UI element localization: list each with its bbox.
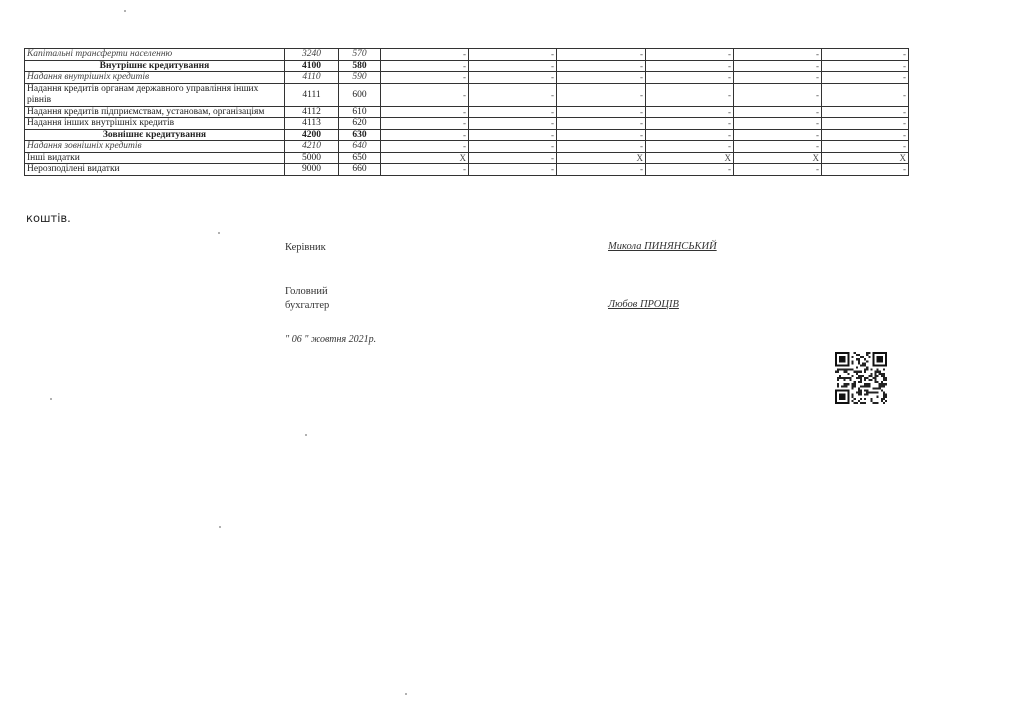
head-title: Керівник [285, 242, 326, 253]
table-row: Внутрішнє кредитування4100580------ [25, 60, 909, 72]
row-value: - [822, 129, 909, 141]
row-value: - [822, 106, 909, 118]
row-value: - [734, 72, 822, 84]
row-value: - [469, 118, 557, 130]
row-line-number: 640 [339, 141, 381, 153]
table-row: Капітальні трансферти населенню3240570--… [25, 49, 909, 61]
row-value: - [469, 106, 557, 118]
row-value: - [734, 118, 822, 130]
row-value: - [469, 72, 557, 84]
row-line-number: 610 [339, 106, 381, 118]
row-label: Надання кредитів підприємствам, установа… [25, 106, 285, 118]
row-value: - [646, 164, 734, 176]
row-value: - [822, 83, 909, 106]
row-code: 4110 [285, 72, 339, 84]
row-value: - [381, 72, 469, 84]
row-code: 5000 [285, 152, 339, 164]
row-value: - [381, 60, 469, 72]
row-value: - [469, 141, 557, 153]
row-line-number: 580 [339, 60, 381, 72]
row-code: 9000 [285, 164, 339, 176]
row-code: 4210 [285, 141, 339, 153]
row-value: - [646, 60, 734, 72]
row-value: X [734, 152, 822, 164]
row-value: - [469, 60, 557, 72]
row-value: - [469, 164, 557, 176]
table-row: Надання внутрішніх кредитів4110590------ [25, 72, 909, 84]
footnote-text: коштів. [26, 211, 71, 225]
row-value: - [822, 164, 909, 176]
qr-code-icon [835, 349, 887, 407]
row-label: Капітальні трансферти населенню [25, 49, 285, 61]
row-value: - [557, 129, 646, 141]
row-value: - [822, 49, 909, 61]
row-value: - [822, 118, 909, 130]
accountant-title-line1: Головний [285, 286, 328, 297]
row-label: Інші видатки [25, 152, 285, 164]
row-label: Зовнішнє кредитування [25, 129, 285, 141]
row-code: 4113 [285, 118, 339, 130]
row-value: - [646, 49, 734, 61]
table-row: Надання зовнішніх кредитів4210640------ [25, 141, 909, 153]
table-row: Нерозподілені видатки9000660------ [25, 164, 909, 176]
row-label: Надання зовнішніх кредитів [25, 141, 285, 153]
row-value: - [646, 141, 734, 153]
row-value: - [557, 118, 646, 130]
row-value: - [822, 72, 909, 84]
row-value: - [557, 164, 646, 176]
table-row: Надання кредитів органам державного упра… [25, 83, 909, 106]
row-value: - [557, 60, 646, 72]
row-line-number: 620 [339, 118, 381, 130]
table-row: Надання інших внутрішніх кредитів4113620… [25, 118, 909, 130]
row-label: Внутрішнє кредитування [25, 60, 285, 72]
row-value: - [734, 129, 822, 141]
row-value: - [734, 83, 822, 106]
row-code: 4111 [285, 83, 339, 106]
row-code: 4100 [285, 60, 339, 72]
row-value: - [646, 129, 734, 141]
row-code: 4200 [285, 129, 339, 141]
row-value: - [381, 141, 469, 153]
head-name: Микола ПИНЯНСЬКИЙ [608, 241, 717, 252]
row-line-number: 590 [339, 72, 381, 84]
row-value: - [469, 152, 557, 164]
row-label: Нерозподілені видатки [25, 164, 285, 176]
row-value: - [646, 106, 734, 118]
row-line-number: 650 [339, 152, 381, 164]
row-value: - [646, 118, 734, 130]
row-value: X [822, 152, 909, 164]
row-value: - [381, 164, 469, 176]
row-value: - [557, 141, 646, 153]
row-value: - [734, 106, 822, 118]
row-value: - [734, 164, 822, 176]
row-value: - [469, 83, 557, 106]
row-line-number: 600 [339, 83, 381, 106]
row-value: - [469, 49, 557, 61]
row-code: 3240 [285, 49, 339, 61]
row-label: Надання кредитів органам державного упра… [25, 83, 285, 106]
row-code: 4112 [285, 106, 339, 118]
row-value: X [381, 152, 469, 164]
row-value: - [822, 60, 909, 72]
table-row: Інші видатки5000650X-XXXX [25, 152, 909, 164]
row-value: X [557, 152, 646, 164]
accountant-name: Любов ПРОЦІВ [608, 299, 679, 310]
table-row: Зовнішнє кредитування4200630------ [25, 129, 909, 141]
row-value: - [557, 106, 646, 118]
row-value: - [557, 49, 646, 61]
signature-date: " 06 " жовтня 2021р. [285, 334, 376, 345]
row-value: - [734, 60, 822, 72]
row-line-number: 660 [339, 164, 381, 176]
budget-expenditure-table: Капітальні трансферти населенню3240570--… [24, 48, 909, 176]
row-value: - [734, 49, 822, 61]
row-value: - [822, 141, 909, 153]
row-value: - [381, 106, 469, 118]
row-value: - [381, 129, 469, 141]
row-label: Надання внутрішніх кредитів [25, 72, 285, 84]
row-value: - [646, 83, 734, 106]
row-value: - [734, 141, 822, 153]
row-value: - [381, 83, 469, 106]
row-value: - [469, 129, 557, 141]
row-value: - [646, 72, 734, 84]
row-value: - [381, 49, 469, 61]
accountant-title-line2: бухгалтер [285, 300, 329, 311]
row-label: Надання інших внутрішніх кредитів [25, 118, 285, 130]
row-value: - [557, 83, 646, 106]
row-value: - [381, 118, 469, 130]
row-line-number: 570 [339, 49, 381, 61]
row-value: X [646, 152, 734, 164]
table-row: Надання кредитів підприємствам, установа… [25, 106, 909, 118]
row-value: - [557, 72, 646, 84]
row-line-number: 630 [339, 129, 381, 141]
